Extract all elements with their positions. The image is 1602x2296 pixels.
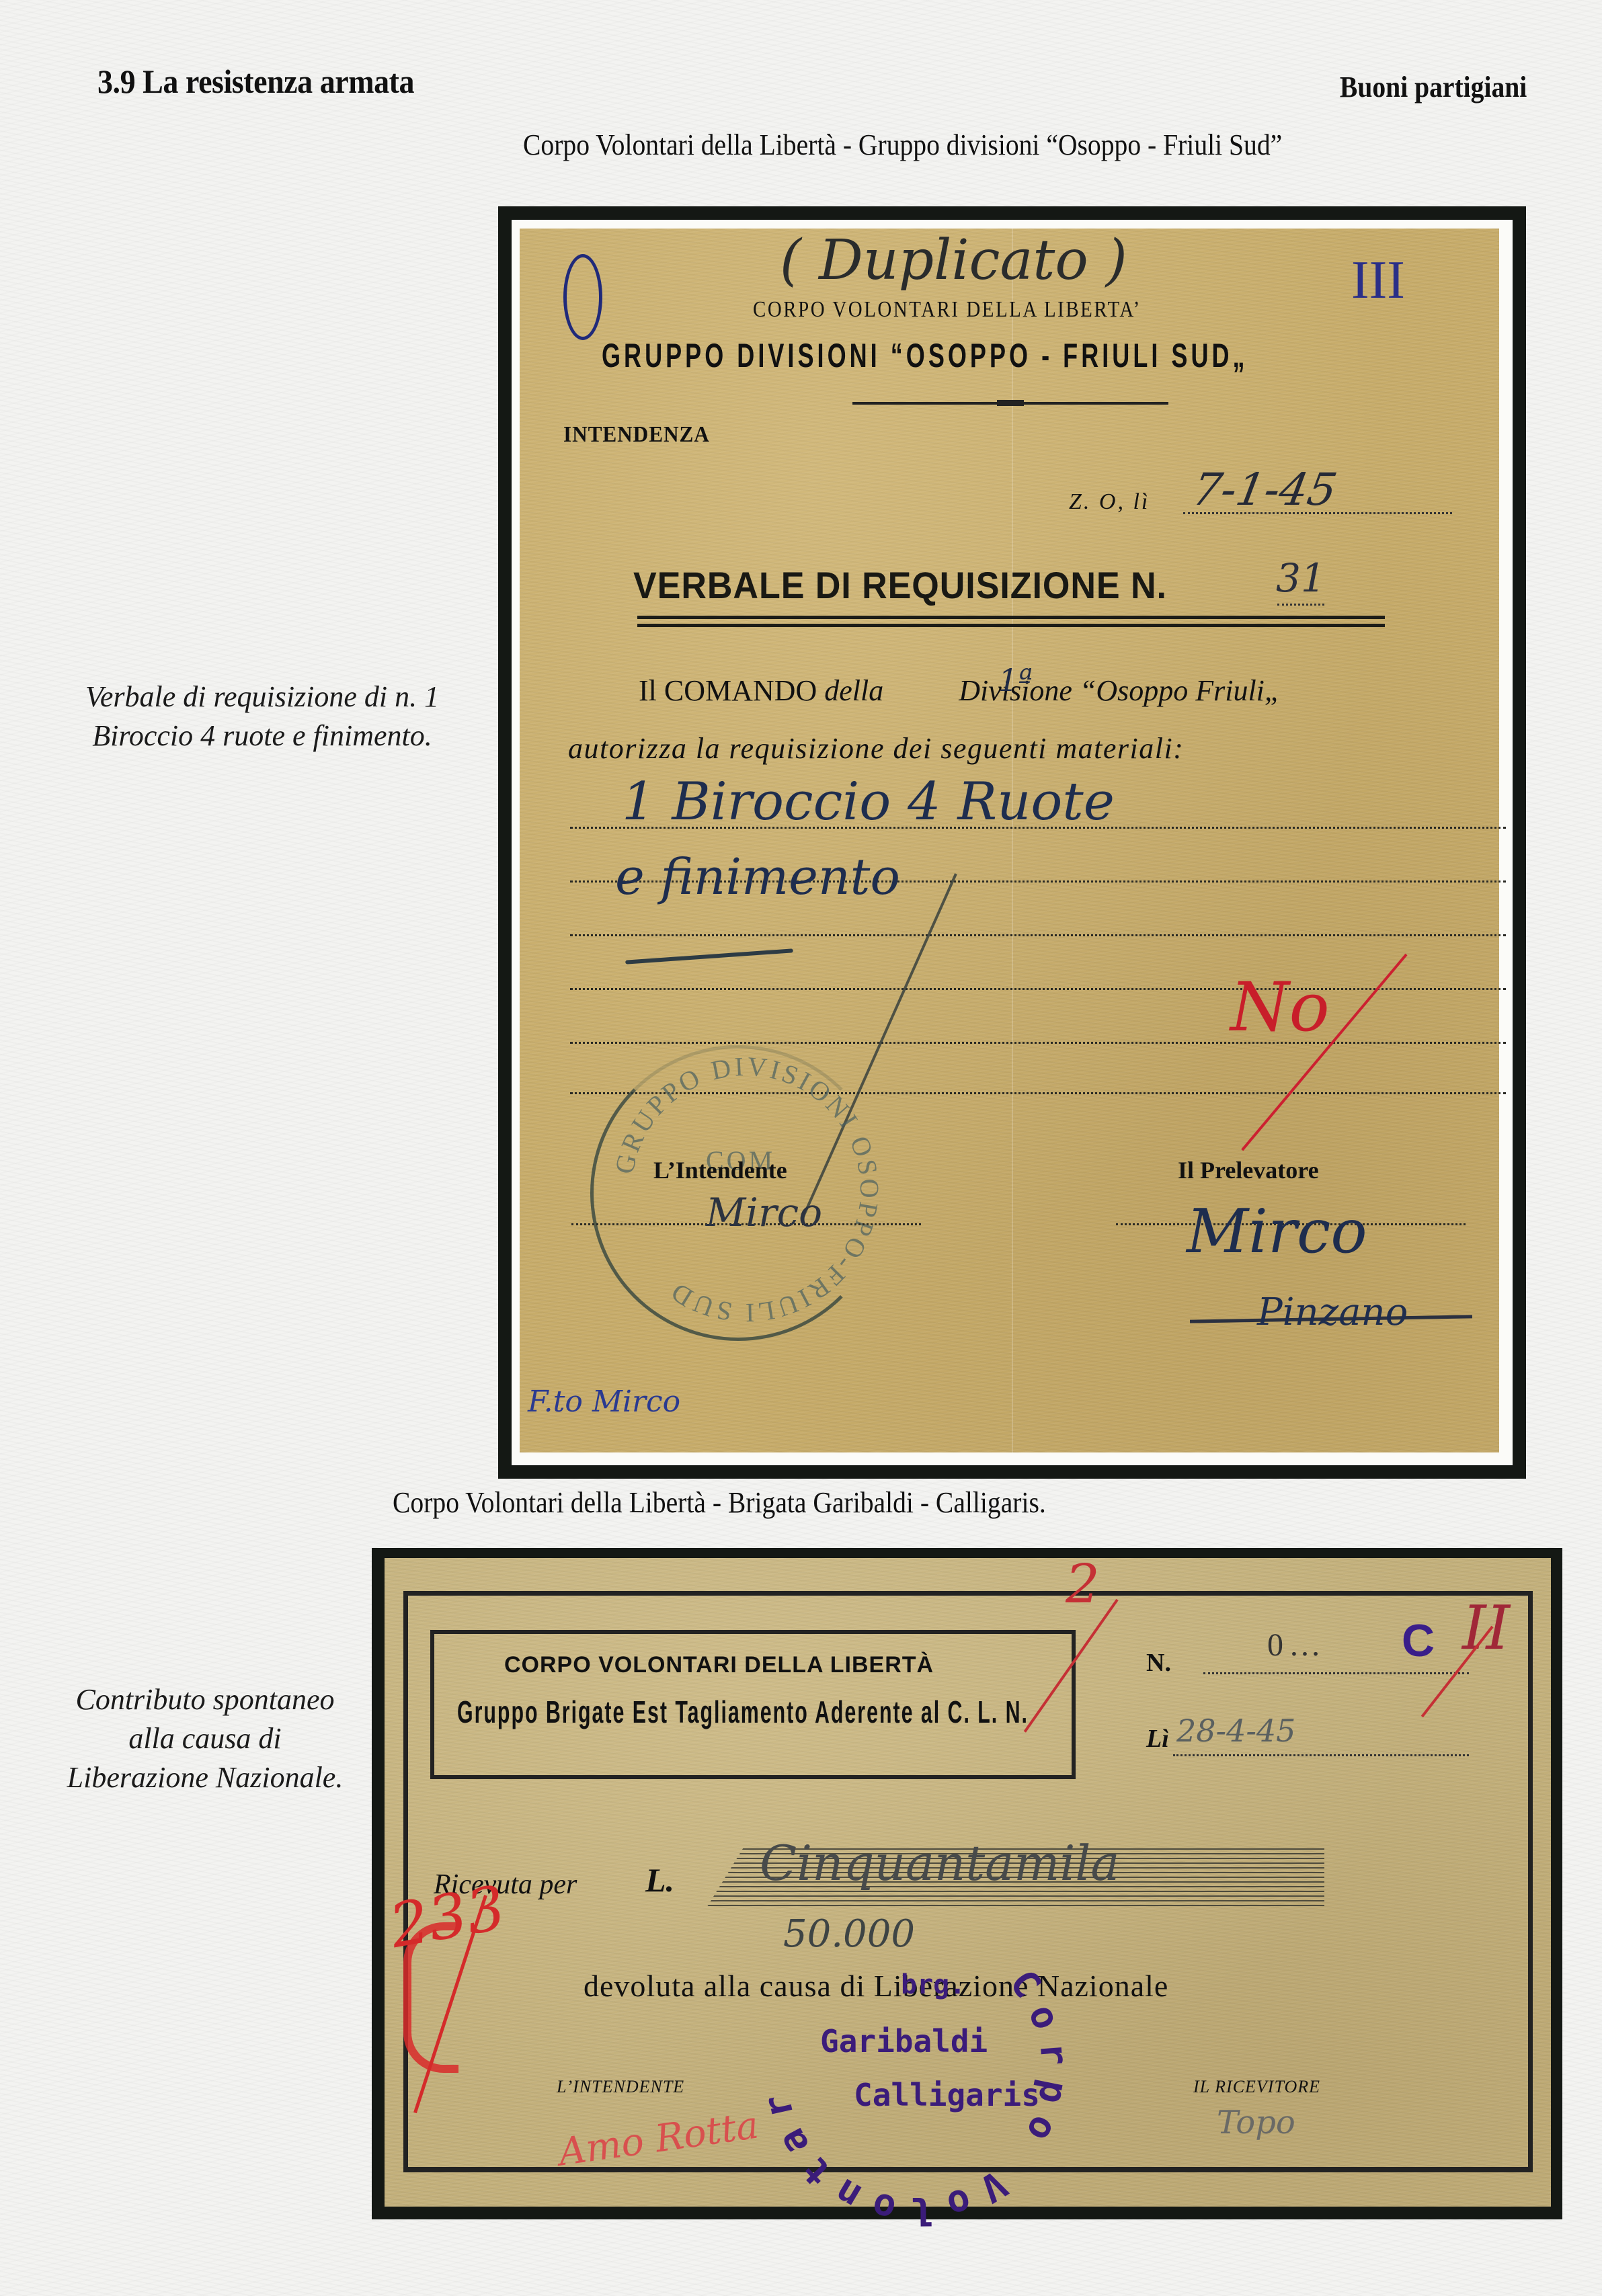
footnote-signed: F.to Mirco (528, 1385, 680, 1419)
division-number: 1ª (998, 662, 1033, 698)
doc2-header-line1: CORPO VOLONTARI DELLA LIBERTÀ (504, 1652, 934, 1678)
fold-crease (1012, 229, 1013, 1452)
section-title: 3.9 La resistenza armata (97, 62, 414, 101)
doc1-date: 7-1-45 (1189, 464, 1340, 516)
brigade-stamp-icon: Corpo Volontari d. L. (760, 1895, 1109, 2245)
circle-mark-icon (563, 254, 602, 340)
dotted-line (570, 988, 1506, 990)
number-line (1203, 1672, 1469, 1674)
doc2-header-line2: Gruppo Brigate Est Tagliamento Aderente … (457, 1694, 1029, 1730)
doc1-title: VERBALE DI REQUISIZIONE N. (633, 563, 1167, 607)
stamp-ring-text: Corpo Volontari d. L. (760, 1895, 1077, 2232)
doc1-office: INTENDENZA (563, 422, 710, 448)
doc1-number: 31 (1276, 555, 1326, 601)
red-annotation: No (1230, 968, 1330, 1047)
doc1-header-line1: CORPO VOLONTARI DELLA LIBERTA’ (753, 297, 1142, 323)
stamp-calligaris: Calligaris (854, 2077, 1040, 2113)
signature-ricevitore: Topo (1217, 2104, 1295, 2141)
stamp-garibaldi: Garibaldi (820, 2023, 988, 2059)
item1-caption: Corpo Volontari della Libertà - Gruppo d… (523, 128, 1282, 162)
ornamental-rule (852, 402, 1168, 405)
dotted-line (570, 934, 1506, 936)
signature-prelevatore-place: Pinzano (1257, 1290, 1408, 1334)
svg-text:Corpo Volontari d. L.: Corpo Volontari d. L. (760, 1895, 1077, 2232)
doc1-header-line2: GRUPPO DIVISIONI “OSOPPO - FRIULI SUD„ (602, 336, 1248, 375)
comando-label: Il COMANDO (639, 674, 817, 707)
serial-number: 0… (1267, 1627, 1326, 1664)
label-intendente: L’Intendente (653, 1156, 787, 1184)
doc1-body-comando: Il COMANDO della Divisione “Osoppo Friul… (639, 673, 1281, 708)
label-ricevitore: IL RICEVITORE (1193, 2077, 1320, 2097)
doc1-place-prefix: Z. O, lì (1069, 489, 1150, 515)
requisition-item: 1 Biroccio 4 Ruote (622, 772, 1115, 832)
item1-side-note: Verbale di requisizione di n. 1 Biroccio… (74, 678, 450, 755)
series-letter: C (1402, 1614, 1435, 1667)
doc1-body-autorizza: autorizza la requisizione dei seguenti m… (568, 731, 1184, 766)
section-category: Buoni partigiani (1340, 70, 1527, 104)
signature-prelevatore: Mirco (1187, 1196, 1367, 1267)
currency-label: L. (645, 1860, 674, 1899)
dotted-line (570, 1042, 1506, 1044)
item2-caption: Corpo Volontari della Libertà - Brigata … (393, 1485, 1046, 1520)
double-rule-bottom (637, 624, 1385, 627)
stamp-brg: brg. (901, 1969, 965, 2000)
number-line (1277, 604, 1324, 606)
number-label: N. (1146, 1648, 1171, 1678)
signature-intendente: Mirco (706, 1190, 822, 1235)
date-line (1173, 1754, 1469, 1756)
requisition-item: e finimento (615, 848, 900, 906)
label-prelevatore: Il Prelevatore (1178, 1156, 1319, 1184)
della-label: della (824, 674, 883, 707)
red-number: 2 (1066, 1553, 1100, 1615)
label-intendente: L’INTENDENTE (557, 2077, 684, 2097)
amount-words: Cinquantamila (760, 1835, 1119, 1891)
double-rule-top (637, 616, 1385, 619)
date-label: Lì (1146, 1724, 1169, 1754)
item2-side-note: Contributo spontaneo alla causa di Liber… (61, 1680, 350, 1797)
handwritten-roman: III (1351, 250, 1405, 311)
handwritten-duplicato: ( Duplicato ) (780, 229, 1127, 292)
doc2-date: 28-4-45 (1176, 1713, 1295, 1749)
